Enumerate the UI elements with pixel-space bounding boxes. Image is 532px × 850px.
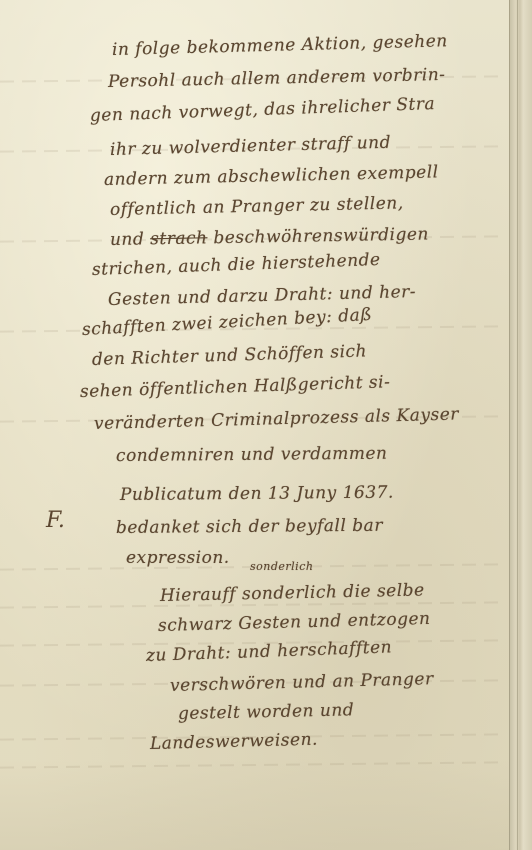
- page-fold-shadow: [0, 760, 510, 850]
- manuscript-line: verschwören und an Pranger: [170, 669, 434, 696]
- manuscript-line: sehen öffentlichen Halßgericht si-: [80, 372, 391, 402]
- manuscript-line: in folge bekommene Aktion, gesehen: [112, 31, 448, 60]
- manuscript-line: andern zum abschewlichen exempell: [104, 162, 439, 190]
- margin-note: F.: [46, 508, 65, 533]
- manuscript-line: Landeswerweisen.: [150, 730, 318, 754]
- struck-through-word: strach: [150, 228, 208, 249]
- manuscript-line: strichen, auch die hierstehende: [92, 250, 381, 280]
- manuscript-line: veränderten Criminalprozess als Kayser: [94, 404, 459, 434]
- manuscript-line: gen nach vorwegt, das ihrelicher Stra: [90, 94, 436, 126]
- manuscript-line: zu Draht: und herschafften: [146, 637, 393, 666]
- manuscript-line: Persohl auch allem anderem vorbrin-: [108, 65, 446, 92]
- manuscript-line: expression.: [126, 548, 230, 568]
- manuscript-line: und strach beschwöhrenswürdigen: [110, 224, 429, 250]
- manuscript-line: schwarz Gesten und entzogen: [158, 609, 431, 636]
- manuscript-line: schafften zwei zeichen bey: daß: [81, 305, 372, 340]
- manuscript-line: Publicatum den 13 Juny 1637.: [120, 483, 394, 505]
- interlinear-insertion: sonderlich: [250, 560, 313, 573]
- manuscript-page: in folge bekommene Aktion, gesehenPersoh…: [0, 0, 532, 850]
- binding-edge: [509, 0, 532, 850]
- manuscript-line: ihr zu wolverdienter straff und: [110, 133, 392, 160]
- binding-line: [517, 0, 518, 850]
- manuscript-line: bedanket sich der beyfall bar: [116, 516, 383, 538]
- manuscript-line: gestelt worden und: [178, 700, 355, 724]
- manuscript-line: offentlich an Pranger zu stellen,: [110, 193, 404, 220]
- manuscript-line: condemniren und verdammen: [116, 444, 388, 466]
- manuscript-line: den Richter und Schöffen sich: [92, 341, 368, 370]
